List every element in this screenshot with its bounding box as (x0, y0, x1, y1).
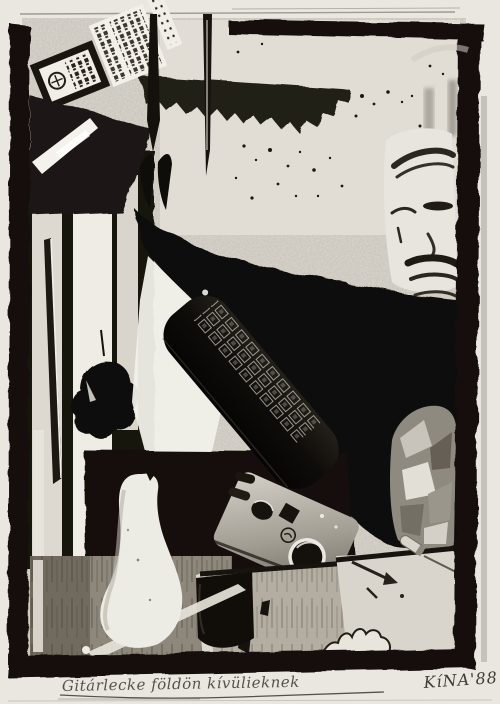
face-sketch (384, 128, 458, 296)
frame-right-bar (454, 28, 480, 670)
photo-canvas: Gitárlecke földön kívülieknek KíNA'88 (0, 0, 500, 704)
photograph-artwork: Gitárlecke földön kívülieknek KíNA'88 (0, 0, 500, 704)
frame-outer-gray-strip (481, 96, 487, 662)
crumpled-foil (390, 406, 456, 549)
dark-pot (196, 572, 254, 648)
frame-left-bar (8, 24, 30, 676)
